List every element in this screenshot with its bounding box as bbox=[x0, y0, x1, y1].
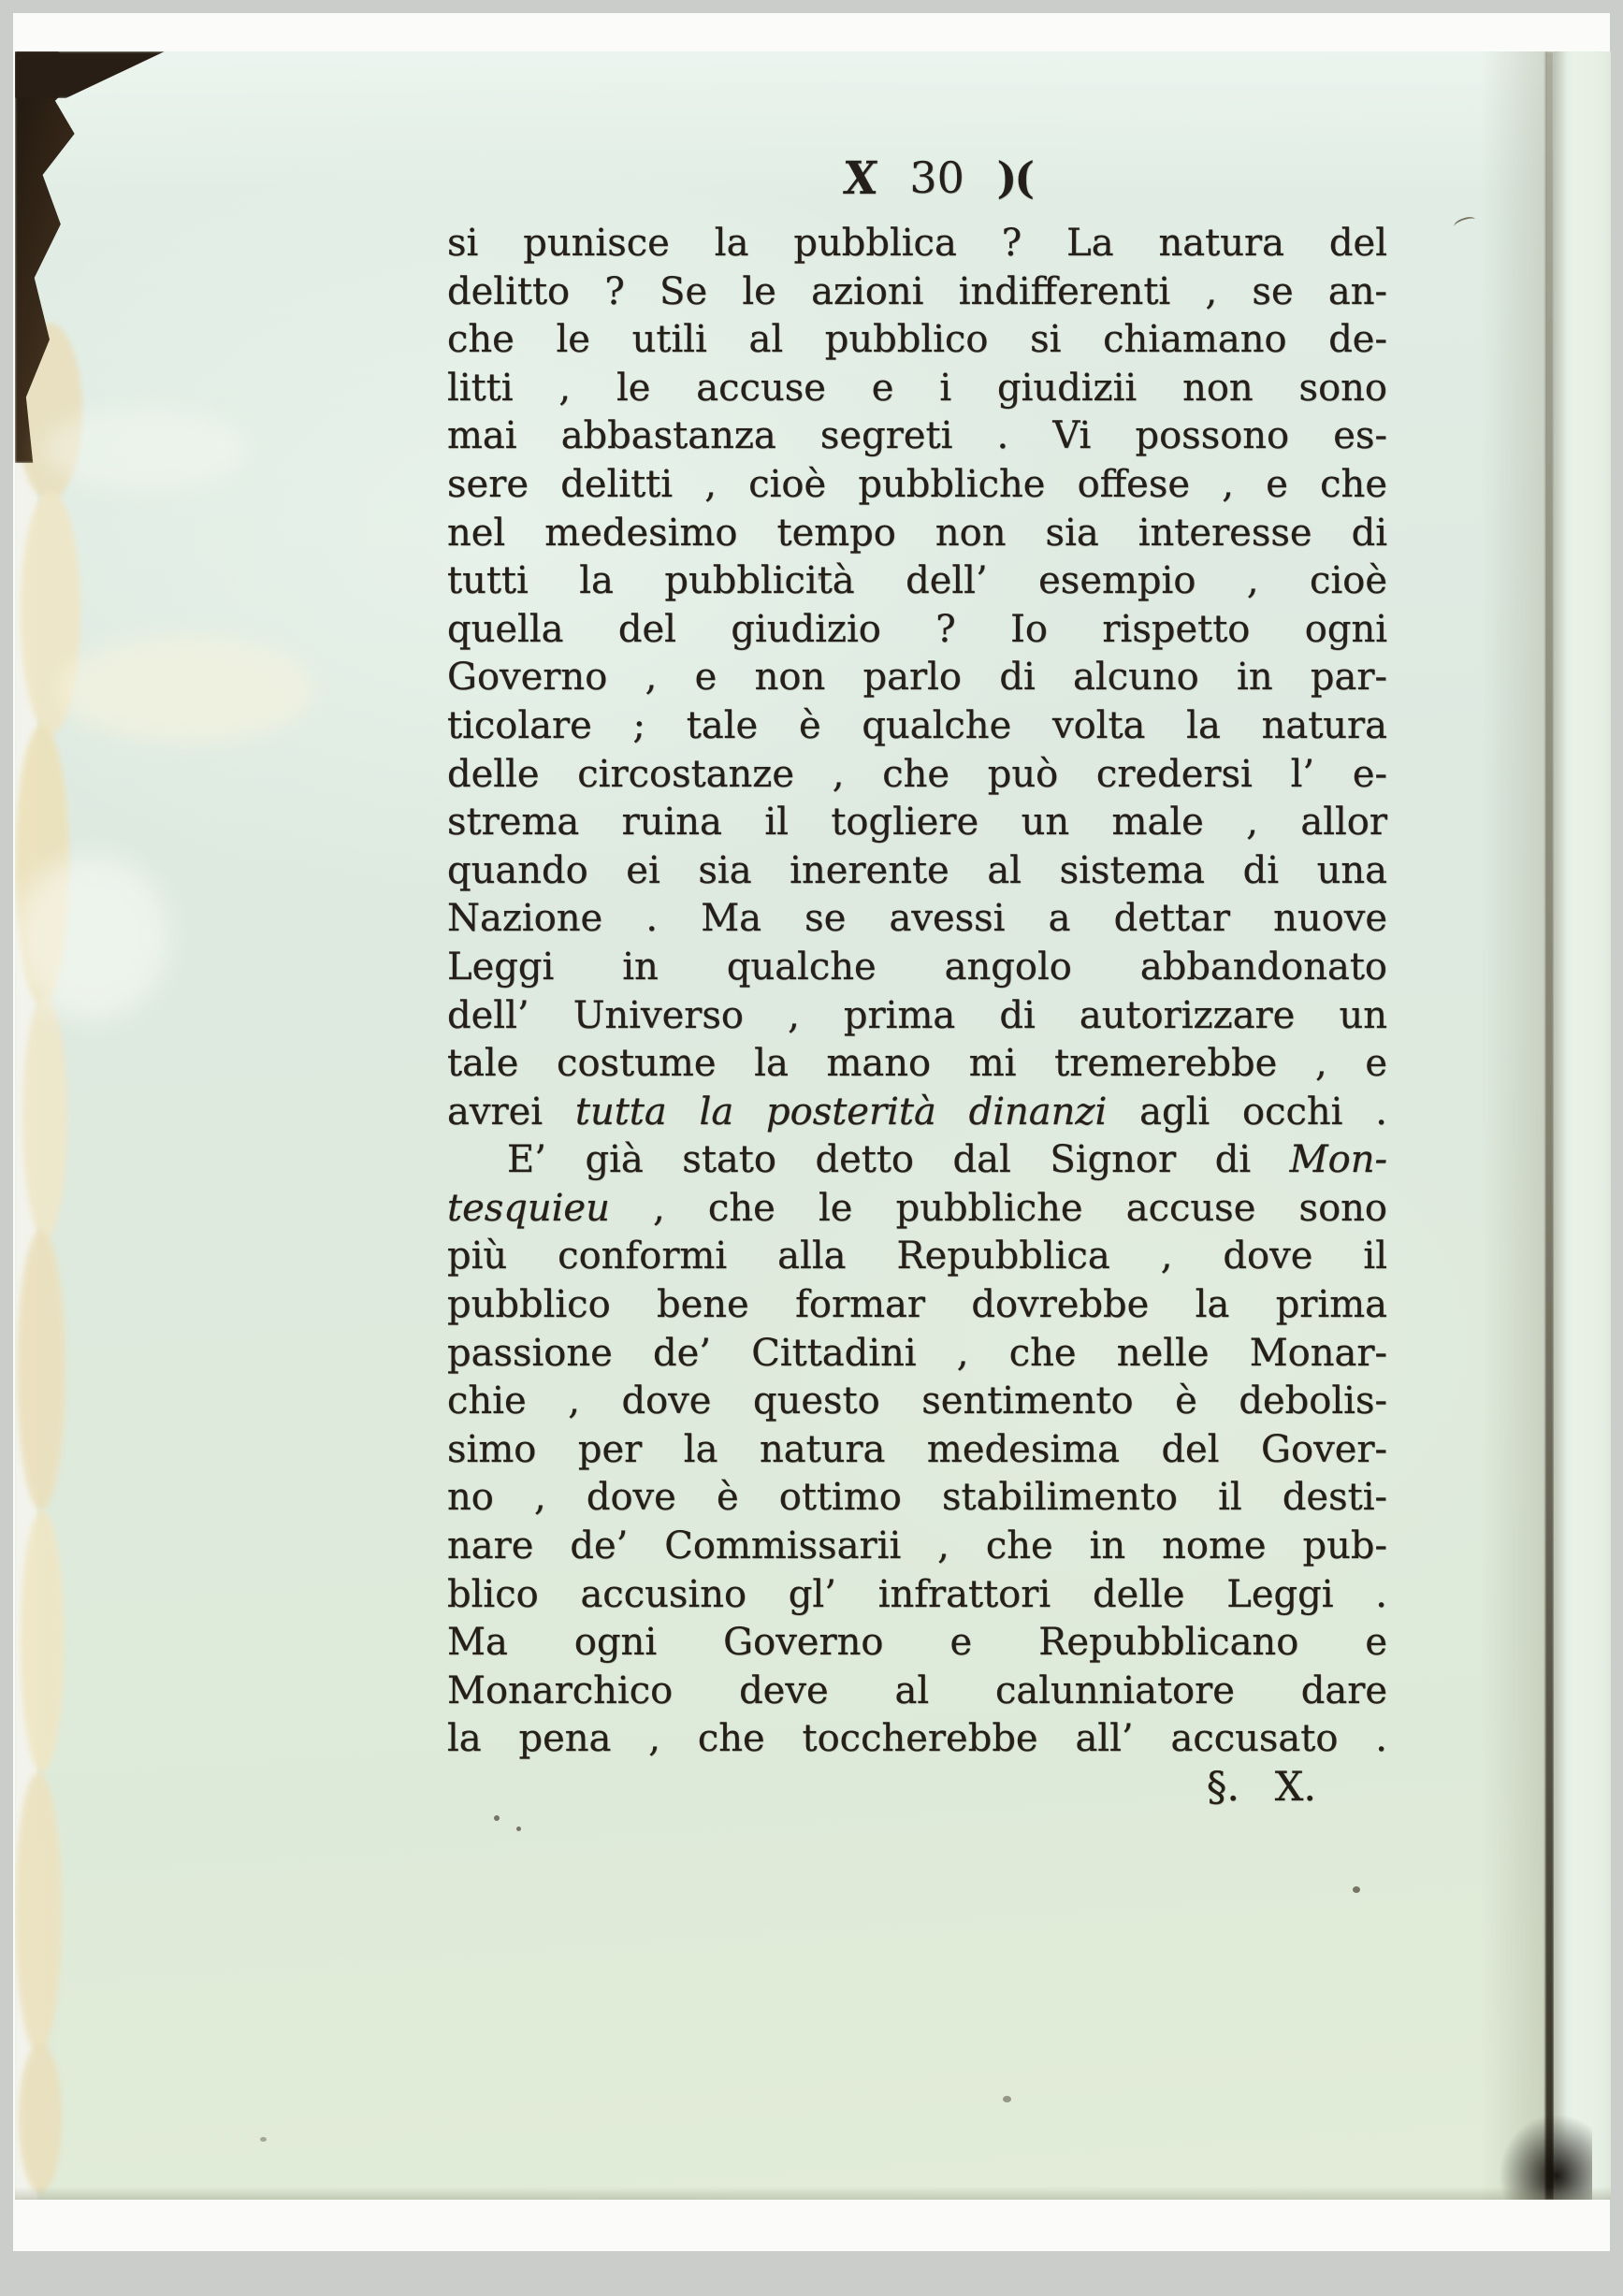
text-line: nare de’ Commissarii , che in nome pub- bbox=[447, 1523, 1387, 1571]
text-line: che le utili al pubblico si chiamano de- bbox=[447, 316, 1387, 365]
text-segment: litti , le accuse e i giudizii non sono bbox=[447, 367, 1387, 410]
text-segment: che le utili al pubblico si chiamano de- bbox=[447, 318, 1387, 361]
text-line: la pena , che toccherebbe all’ accusato … bbox=[447, 1715, 1387, 1764]
text-line: chie , dove questo sentimento è debolis- bbox=[447, 1378, 1387, 1426]
text-segment: pubblico bene formar dovrebbe la prima bbox=[447, 1283, 1387, 1326]
text-line: Ma ogni Governo e Repubblicano e bbox=[447, 1619, 1387, 1668]
text-segment: avrei bbox=[447, 1090, 575, 1134]
text-segment: Governo , e non parlo di alcuno in par- bbox=[447, 656, 1387, 699]
paper-stain-light bbox=[15, 856, 169, 1019]
paper-stain-light bbox=[57, 636, 314, 744]
text-line: delitto ? Se le azioni indifferenti , se… bbox=[447, 268, 1387, 317]
text-line: delle circostanze , che può credersi l’ … bbox=[447, 751, 1387, 800]
next-page-shadow bbox=[1554, 51, 1567, 2200]
text-segment: , che le pubbliche accuse sono bbox=[610, 1187, 1387, 1230]
text-segment: nel medesimo tempo non sia interesse di bbox=[447, 512, 1387, 555]
text-segment: strema ruina il togliere un male , allor bbox=[447, 801, 1387, 844]
text-segment: simo per la natura medesima del Gover- bbox=[447, 1428, 1387, 1471]
header-ornament-left: X bbox=[841, 152, 880, 205]
torn-paper-fiber bbox=[15, 1772, 62, 2053]
text-line: nel medesimo tempo non sia interesse di bbox=[447, 510, 1387, 558]
text-line: E’ già stato detto dal Signor di Mon- bbox=[447, 1136, 1387, 1185]
text-column: si punisce la pubblica ? La natura delde… bbox=[447, 220, 1387, 1812]
paper-speck bbox=[260, 2137, 267, 2142]
text-line: sere delitti , cioè pubbliche offese , e… bbox=[447, 461, 1387, 510]
text-line: tesquieu , che le pubbliche accuse sono bbox=[447, 1185, 1387, 1234]
paper-speck bbox=[516, 1827, 521, 1831]
paper-speck bbox=[1003, 2096, 1011, 2102]
torn-paper-fiber bbox=[19, 2043, 62, 2193]
book-page-photo: X 30 )( si punisce la pubblica ? La natu… bbox=[15, 51, 1611, 2200]
text-line: più conformi alla Repubblica , dove il bbox=[447, 1233, 1387, 1281]
text-segment: tutta la posterità dinanzi bbox=[575, 1090, 1107, 1134]
page-crease-line bbox=[1545, 51, 1554, 2200]
header-ornament-right: )( bbox=[996, 152, 1032, 203]
text-segment: tale costume la mano mi tremerebbe , e bbox=[447, 1042, 1387, 1085]
text-segment: Nazione . Ma se avessi a dettar nuove bbox=[447, 897, 1387, 940]
text-segment: delle circostanze , che può credersi l’ … bbox=[447, 753, 1387, 796]
text-segment: si punisce la pubblica ? La natura del bbox=[447, 222, 1387, 265]
text-line: tutti la pubblicità dell’ esempio , cioè bbox=[447, 557, 1387, 606]
text-segment: quando ei sia inerente al sistema di una bbox=[447, 849, 1387, 892]
paper-speck bbox=[1353, 1886, 1360, 1893]
text-line: tale costume la mano mi tremerebbe , e bbox=[447, 1040, 1387, 1089]
text-line: strema ruina il togliere un male , allor bbox=[447, 799, 1387, 847]
text-line: mai abbastanza segreti . Vi possono es- bbox=[447, 412, 1387, 461]
text-line: Monarchico deve al calunniatore dare bbox=[447, 1668, 1387, 1716]
page-header: X 30 )( bbox=[468, 152, 1408, 203]
text-segment: passione de’ Cittadini , che nelle Monar… bbox=[447, 1332, 1387, 1375]
text-line: si punisce la pubblica ? La natura del bbox=[447, 220, 1387, 268]
text-segment: più conformi alla Repubblica , dove il bbox=[447, 1235, 1387, 1278]
text-line: quando ei sia inerente al sistema di una bbox=[447, 847, 1387, 896]
torn-paper-fiber bbox=[17, 1230, 65, 1510]
paper-stain-light bbox=[43, 407, 249, 491]
text-segment: ticolare ; tale è qualche volta la natur… bbox=[447, 704, 1387, 747]
text-line: quella del giudizio ? Io rispetto ogni bbox=[447, 606, 1387, 655]
text-segment: Monarchico deve al calunniatore dare bbox=[447, 1669, 1387, 1712]
page-edge-shadow bbox=[1480, 51, 1547, 2200]
text-segment: la pena , che toccherebbe all’ accusato … bbox=[447, 1717, 1387, 1760]
text-line: no , dove è ottimo stabilimento il desti… bbox=[447, 1474, 1387, 1523]
text-line: litti , le accuse e i giudizii non sono bbox=[447, 365, 1387, 413]
text-segment: no , dove è ottimo stabilimento il desti… bbox=[447, 1476, 1387, 1519]
text-segment: tutti la pubblicità dell’ esempio , cioè bbox=[447, 559, 1387, 602]
text-line: blico accusino gl’ infrattori delle Legg… bbox=[447, 1571, 1387, 1620]
text-line: avrei tutta la posterità dinanzi agli oc… bbox=[447, 1089, 1387, 1137]
text-line: Leggi in qualche angolo abbandonato bbox=[447, 944, 1387, 992]
paper-bottom-shadow bbox=[15, 2187, 1611, 2200]
text-segment: E’ già stato detto dal Signor di bbox=[507, 1138, 1290, 1181]
text-segment: mai abbastanza segreti . Vi possono es- bbox=[447, 414, 1387, 457]
text-line: Governo , e non parlo di alcuno in par- bbox=[447, 654, 1387, 702]
text-segment: Mon- bbox=[1290, 1138, 1387, 1181]
text-segment: nare de’ Commissarii , che in nome pub- bbox=[447, 1524, 1387, 1567]
text-segment: sere delitti , cioè pubbliche offese , e… bbox=[447, 463, 1387, 506]
text-line: Nazione . Ma se avessi a dettar nuove bbox=[447, 895, 1387, 944]
text-line: passione de’ Cittadini , che nelle Monar… bbox=[447, 1330, 1387, 1379]
text-segment: Leggi in qualche angolo abbandonato bbox=[447, 946, 1387, 989]
text-segment: tesquieu bbox=[447, 1187, 610, 1230]
text-line: dell’ Universo , prima di autorizzare un bbox=[447, 992, 1387, 1041]
section-mark: §. X. bbox=[447, 1764, 1387, 1812]
text-line: pubblico bene formar dovrebbe la prima bbox=[447, 1281, 1387, 1330]
paper-speck bbox=[494, 1815, 500, 1821]
text-segment: agli occhi . bbox=[1107, 1090, 1387, 1134]
text-segment: delitto ? Se le azioni indifferenti , se… bbox=[447, 270, 1387, 313]
text-line: ticolare ; tale è qualche volta la natur… bbox=[447, 702, 1387, 751]
text-segment: chie , dove questo sentimento è debolis- bbox=[447, 1379, 1387, 1422]
text-line: simo per la natura medesima del Gover- bbox=[447, 1426, 1387, 1475]
text-segment: Ma ogni Governo e Repubblicano e bbox=[447, 1621, 1387, 1664]
page-number: 30 bbox=[909, 152, 964, 203]
text-segment: blico accusino gl’ infrattori delle Legg… bbox=[447, 1573, 1387, 1616]
text-segment: quella del giudizio ? Io rispetto ogni bbox=[447, 608, 1387, 651]
torn-paper-fiber bbox=[21, 1510, 64, 1772]
torn-paper-fiber bbox=[22, 996, 67, 1239]
paper-speck bbox=[1453, 215, 1477, 232]
text-segment: dell’ Universo , prima di autorizzare un bbox=[447, 994, 1387, 1037]
